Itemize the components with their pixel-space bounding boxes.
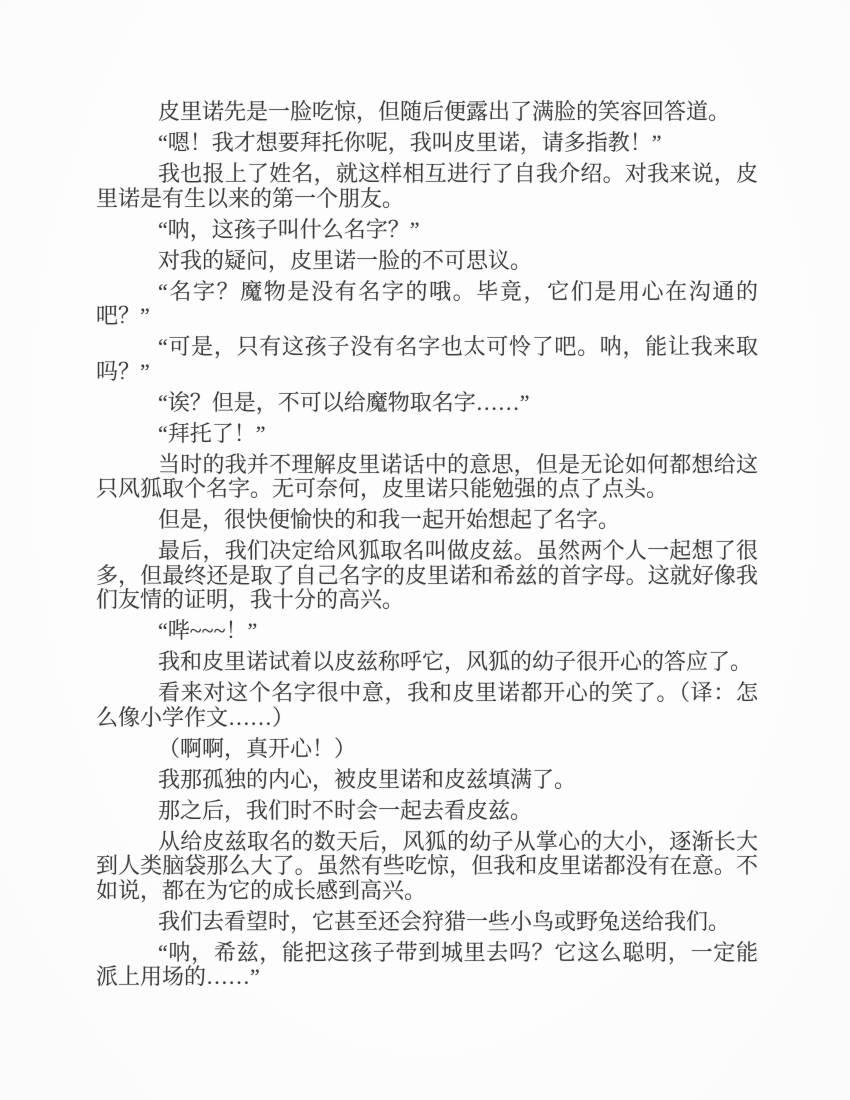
paragraph: 对我的疑问，皮里诺一脸的不可思议。: [96, 249, 758, 274]
paragraph: “可是，只有这孩子没有名字也太可怜了吧。呐，能让我来取吗？”: [96, 335, 758, 384]
paragraph: 最后，我们决定给风狐取名叫做皮兹。虽然两个人一起想了很多，但最终还是取了自己名字…: [96, 539, 758, 613]
paragraph: “哔~~~！”: [96, 619, 758, 644]
paragraph: “嗯！我才想要拜托你呢，我叫皮里诺，请多指教！”: [96, 131, 758, 156]
paragraph: 皮里诺先是一脸吃惊，但随后便露出了满脸的笑容回答道。: [96, 100, 758, 125]
paragraph: 我和皮里诺试着以皮兹称呼它，风狐的幼子很开心的答应了。: [96, 650, 758, 675]
paragraph: 当时的我并不理解皮里诺话中的意思，但是无论如何都想给这只风狐取个名字。无可奈何，…: [96, 453, 758, 502]
paragraph: 那之后，我们时不时会一起去看皮兹。: [96, 799, 758, 824]
page-text: 皮里诺先是一脸吃惊，但随后便露出了满脸的笑容回答道。“嗯！我才想要拜托你呢，我叫…: [96, 100, 758, 990]
paragraph: 我们去看望时，它甚至还会狩猎一些小鸟或野兔送给我们。: [96, 910, 758, 935]
paragraph: “名字？魔物是没有名字的哦。毕竟，它们是用心在沟通的吧？”: [96, 280, 758, 329]
paragraph: 但是，很快便愉快的和我一起开始想起了名字。: [96, 508, 758, 533]
paragraph: （啊啊，真开心！）: [96, 737, 758, 762]
paragraph: “呐，希兹，能把这孩子带到城里去吗？它这么聪明，一定能派上用场的……”: [96, 941, 758, 990]
paragraph: 看来对这个名字很中意，我和皮里诺都开心的笑了。（译：怎么像小学作文……）: [96, 681, 758, 730]
paragraph: 我也报上了姓名，就这样相互进行了自我介绍。对我来说，皮里诺是有生以来的第一个朋友…: [96, 162, 758, 211]
paragraph: “诶？但是，不可以给魔物取名字……”: [96, 391, 758, 416]
paragraph: “呐，这孩子叫什么名字？”: [96, 218, 758, 243]
paragraph: 从给皮兹取名的数天后，风狐的幼子从掌心的大小，逐渐长大到人类脑袋那么大了。虽然有…: [96, 830, 758, 904]
novel-page: 皮里诺先是一脸吃惊，但随后便露出了满脸的笑容回答道。“嗯！我才想要拜托你呢，我叫…: [0, 0, 850, 1100]
paragraph: 我那孤独的内心，被皮里诺和皮兹填满了。: [96, 768, 758, 793]
paragraph: “拜托了！”: [96, 422, 758, 447]
